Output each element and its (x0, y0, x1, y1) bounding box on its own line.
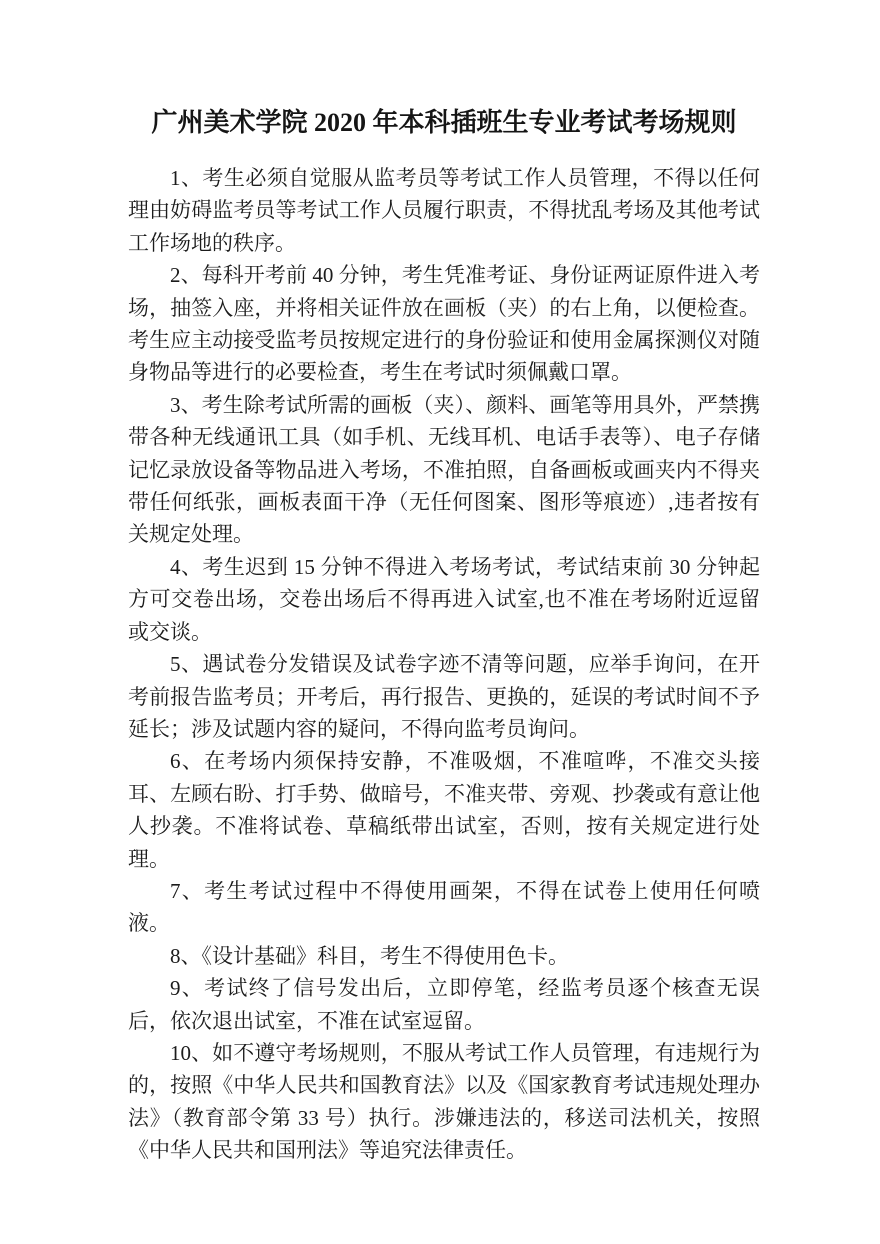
rule-paragraph-7: 7、考生考试过程中不得使用画架，不得在试卷上使用任何喷液。 (128, 875, 760, 940)
rule-paragraph-3: 3、考生除考试所需的画板（夹）、颜料、画笔等用具外，严禁携带各种无线通讯工具（如… (128, 389, 760, 551)
rule-paragraph-6: 6、在考场内须保持安静，不准吸烟，不准喧哗，不准交头接耳、左顾右盼、打手势、做暗… (128, 745, 760, 875)
rule-paragraph-10: 10、如不遵守考场规则，不服从考试工作人员管理，有违规行为的，按照《中华人民共和… (128, 1037, 760, 1167)
rule-paragraph-2: 2、每科开考前 40 分钟，考生凭准考证、身份证两证原件进入考场，抽签入座，并将… (128, 259, 760, 389)
rule-paragraph-4: 4、考生迟到 15 分钟不得进入考场考试，考试结束前 30 分钟起方可交卷出场，… (128, 551, 760, 648)
rule-paragraph-8: 8、《设计基础》科目，考生不得使用色卡。 (128, 940, 760, 972)
document-title: 广州美术学院 2020 年本科插班生专业考试考场规则 (128, 104, 760, 142)
rule-paragraph-1: 1、考生必须自觉服从监考员等考试工作人员管理，不得以任何理由妨碍监考员等考试工作… (128, 162, 760, 259)
document-page: 广州美术学院 2020 年本科插班生专业考试考场规则 1、考生必须自觉服从监考员… (0, 0, 880, 1244)
document-content: 广州美术学院 2020 年本科插班生专业考试考场规则 1、考生必须自觉服从监考员… (128, 104, 760, 1167)
rule-paragraph-9: 9、考试终了信号发出后，立即停笔，经监考员逐个核查无误后，依次退出试室，不准在试… (128, 972, 760, 1037)
rule-paragraph-5: 5、遇试卷分发错误及试卷字迹不清等问题，应举手询问，在开考前报告监考员；开考后，… (128, 648, 760, 745)
